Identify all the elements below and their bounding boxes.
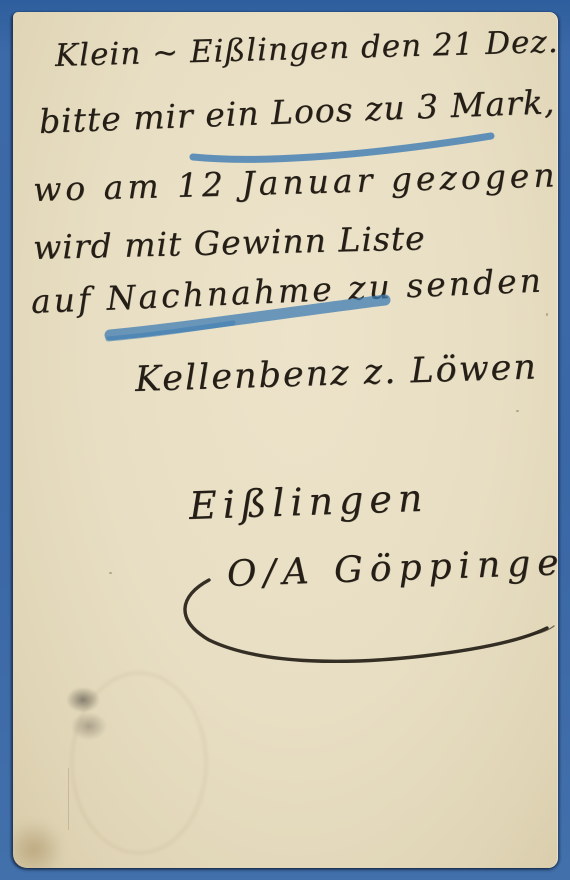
signature-district: O/A Göppingen <box>226 541 558 595</box>
handwriting-date-line: Klein ~ Eißlingen den 21 Dez. 1894 <box>54 21 558 74</box>
handwriting-line-cod: auf Nachnahme zu senden <box>30 261 544 321</box>
handwriting-line-winners-list: wird mit Gewinn Liste <box>33 218 427 267</box>
signature-name: Kellenbenz z. Löwen <box>134 347 538 400</box>
paper-speck <box>109 572 112 574</box>
ink-smudge-stain <box>57 680 115 746</box>
ink-and-crayon-marks <box>13 12 558 868</box>
paper-speck <box>516 410 519 412</box>
blue-underline-nachnahme-taper <box>108 323 233 339</box>
faint-crease-line <box>68 768 69 830</box>
blue-underline-loos-zu-3-mark <box>193 136 491 159</box>
signature-flourish-fork <box>525 626 554 636</box>
corner-discoloration-stain <box>13 778 125 868</box>
postcard: Klein ~ Eißlingen den 21 Dez. 1894 bitte… <box>13 12 558 868</box>
handwriting-line-order: bitte mir ein Loos zu 3 Mark, <box>38 82 556 141</box>
scan-background: Klein ~ Eißlingen den 21 Dez. 1894 bitte… <box>0 0 570 880</box>
signature-place: Eißlingen <box>188 476 429 528</box>
faint-ring-mark <box>71 672 207 854</box>
paper-speck <box>546 313 548 316</box>
handwriting-line-drawing-date: wo am 12 Januar gezogen <box>32 155 558 209</box>
